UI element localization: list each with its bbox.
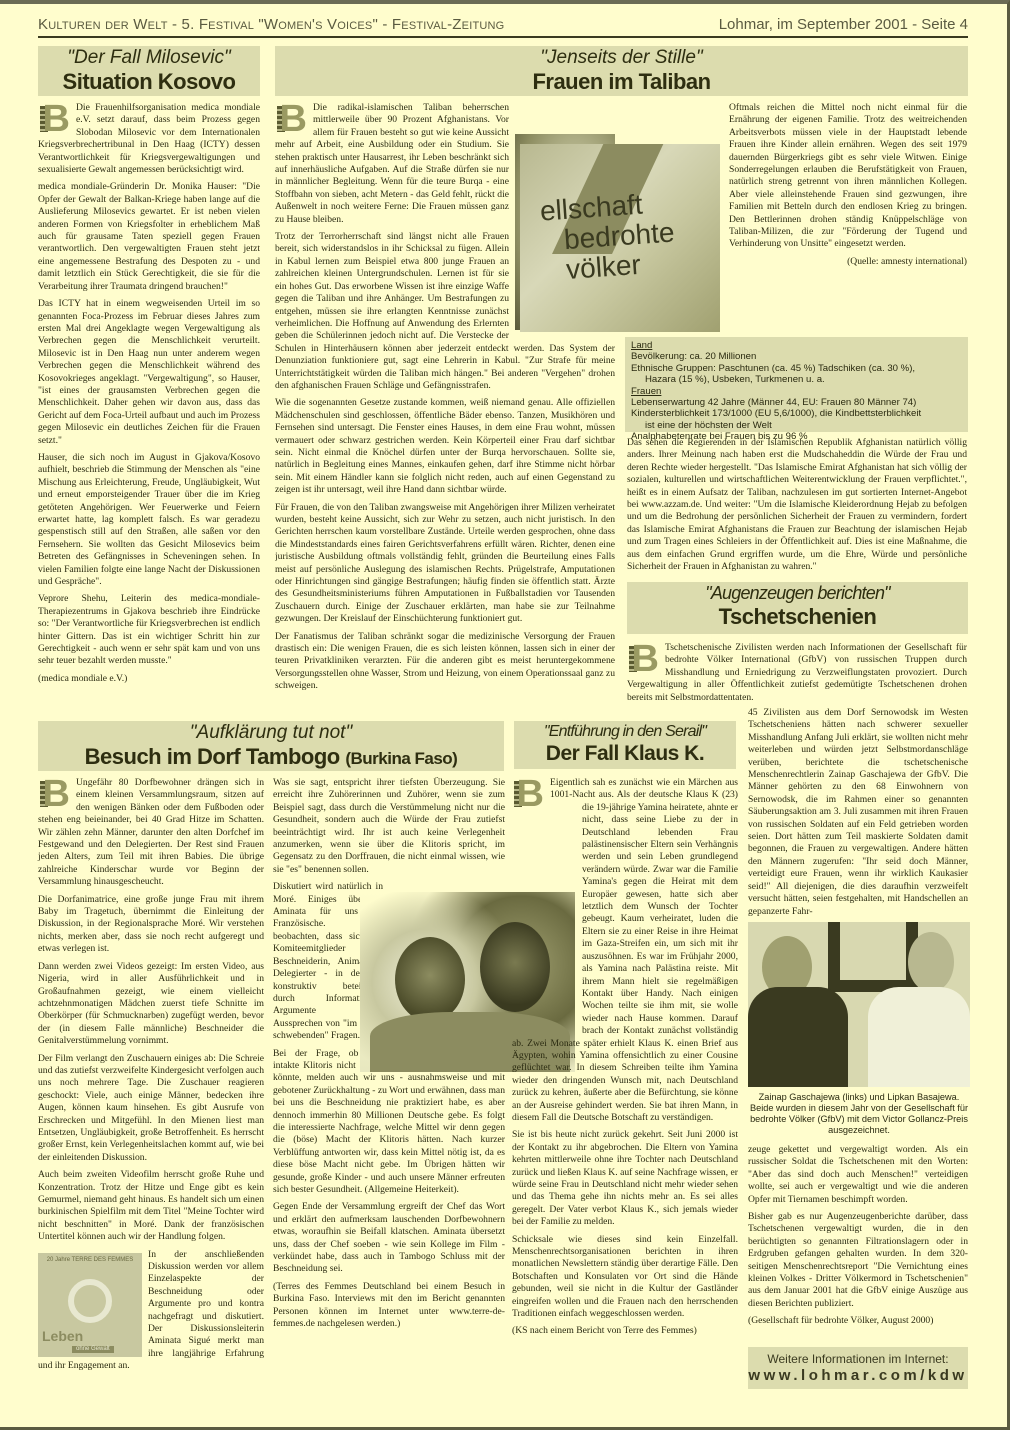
tschetschenien-paragraph: 45 Zivilisten aus dem Dorf Sernowodsk im… xyxy=(748,707,968,918)
tambogo-paragraph: (Terres des Femmes Deutschland bei einem… xyxy=(273,1281,505,1331)
tambogo-paragraph: 20 Jahre TERRE DES FEMMES Leben ohne Gew… xyxy=(38,1249,264,1373)
kosovo-paragraph: medica mondiale-Gründerin Dr. Monika Hau… xyxy=(38,181,260,293)
tambogo-kicker: "Aufklärung tut not" xyxy=(38,721,504,744)
newspaper-page: Kulturen der Welt - 5. Festival "Women's… xyxy=(0,0,1010,1430)
photo-caption: Zainap Gaschajewa (links) und Lipkan Bas… xyxy=(748,1092,970,1136)
klaus-paragraph: Sie ist bis heute nicht zurück gekehrt. … xyxy=(512,1129,738,1228)
taliban-paragraph: Der Fanatismus der Taliban schränkt soga… xyxy=(275,631,615,693)
factbox-population: Bevölkerung: ca. 20 Millionen xyxy=(631,351,962,362)
factbox-land-heading: Land xyxy=(631,340,962,351)
tambogo-title: Besuch im Dorf Tambogo (Burkina Faso) xyxy=(38,744,504,771)
taliban-article-col2: Oftmals reichen die Mittel noch nicht ei… xyxy=(627,102,967,292)
klaus-paragraph: Schicksale wie dieses sind kein Einzelfa… xyxy=(512,1234,738,1321)
kosovo-headline-box: "Der Fall Milosevic" Situation Kosovo xyxy=(38,46,260,96)
tschetschenien-source: (Gesellschaft für bedrohte Völker, Augus… xyxy=(748,1315,968,1327)
internet-info-box: Weitere Informationen im Internet: www.l… xyxy=(748,1347,968,1389)
kosovo-paragraph: Das ICTY hat in einem wegweisenden Urtei… xyxy=(38,298,260,447)
taliban-paragraph: Für Frauen, die von den Taliban zwangswe… xyxy=(275,502,615,626)
tdf-poster-image: 20 Jahre TERRE DES FEMMES Leben ohne Gew… xyxy=(38,1253,142,1357)
tschetschenien-article-body-2: zeuge gekettet und vergewaltigt worden. … xyxy=(748,1144,968,1333)
tambogo-paragraph: Auch beim zweiten Videofilm herrscht gro… xyxy=(38,1169,264,1243)
factbox-ethnic-cont: Hazara (15 %), Usbeken, Turkmenen u. a. xyxy=(631,374,962,385)
tschetschenien-article-body: 45 Zivilisten aus dem Dorf Sernowodsk im… xyxy=(748,707,968,923)
klaus-paragraph: B Eigentlich sah es zunächst wie ein Mär… xyxy=(512,777,738,1124)
klaus-source: (KS nach einem Bericht von Terre des Fem… xyxy=(512,1325,738,1337)
tschetschenien-title: Tschetschenien xyxy=(627,604,968,630)
taliban-kicker: "Jenseits der Stille" xyxy=(275,46,968,69)
tambogo-paragraph: Die Dorfanimatrice, eine große junge Fra… xyxy=(38,894,264,956)
taliban-title: Frauen im Taliban xyxy=(275,69,968,94)
tschetschenien-lead: B Tschetschenische Zivilisten werden nac… xyxy=(627,642,967,709)
taliban-headline-box: "Jenseits der Stille" Frauen im Taliban xyxy=(275,46,968,96)
tambogo-paragraph: Was sie sagt, entspricht ihrer tiefsten … xyxy=(273,777,505,876)
tschetschenien-headline-box: "Augenzeugen berichten" Tschetschenien xyxy=(627,582,968,634)
internet-url-link[interactable]: www.lohmar.com/kdw xyxy=(748,1367,968,1385)
dropcap-b-icon: B xyxy=(40,779,70,811)
kosovo-title: Situation Kosovo xyxy=(38,69,260,94)
tambogo-headline-box: "Aufklärung tut not" Besuch im Dorf Tamb… xyxy=(38,721,504,771)
factbox-ethnic: Ethnische Gruppen: Paschtunen (ca. 45 %)… xyxy=(631,363,962,374)
klaus-kicker: "Entführung in den Serail" xyxy=(514,721,736,742)
factbox-child-mortality: Kindersterblichkeit 173/1000 (EU 5,6/100… xyxy=(631,408,962,419)
tambogo-paragraph: Gegen Ende der Versammlung ergreift der … xyxy=(273,1201,505,1275)
factbox-life-expectancy: Lebenserwartung 42 Jahre (Männer 44, EU:… xyxy=(631,397,962,408)
kosovo-source: (medica mondiale e.V.) xyxy=(38,673,260,685)
tambogo-paragraph: Der Film verlangt den Zuschauern einiges… xyxy=(38,1053,264,1165)
tschetschenien-paragraph: zeuge gekettet und vergewaltigt worden. … xyxy=(748,1144,968,1206)
dropcap-b-icon: B xyxy=(277,104,307,136)
kosovo-article-body: B Die Frauenhilfsorganisation medica mon… xyxy=(38,102,260,714)
kosovo-paragraph: Hauser, die sich noch im August in Gjako… xyxy=(38,452,260,588)
klaus-article-body: B Eigentlich sah es zunächst wie ein Mär… xyxy=(512,777,738,1343)
kosovo-paragraph: Veprore Shehu, Leiterin des medica-mondi… xyxy=(38,593,260,667)
klaus-headline-box: "Entführung in den Serail" Der Fall Klau… xyxy=(514,721,736,769)
kosovo-paragraph: B Die Frauenhilfsorganisation medica mon… xyxy=(38,102,260,176)
tschetschenien-paragraph: Bisher gab es nur Augenzeugenberichte da… xyxy=(748,1211,968,1310)
factbox-women-heading: Frauen xyxy=(631,386,962,397)
afghanistan-factbox: Land Bevölkerung: ca. 20 Millionen Ethni… xyxy=(625,337,968,432)
dropcap-b-icon: B xyxy=(629,644,659,676)
tambogo-paragraph: Dann werden zwei Videos gezeigt: Im erst… xyxy=(38,961,264,1048)
kosovo-kicker: "Der Fall Milosevic" xyxy=(38,46,260,69)
masthead-title: Kulturen der Welt - 5. Festival "Women's… xyxy=(38,16,504,33)
klaus-title: Der Fall Klaus K. xyxy=(514,742,736,766)
gaschajewa-basajewa-photo xyxy=(748,922,970,1087)
masthead: Kulturen der Welt - 5. Festival "Women's… xyxy=(38,14,968,38)
internet-info-label: Weitere Informationen im Internet: xyxy=(748,1347,968,1367)
tambogo-article-col1: B Ungefähr 80 Dorfbewohner drängen sich … xyxy=(38,777,264,1378)
factbox-child-mortality-cont: ist eine der höchsten der Welt xyxy=(631,420,962,431)
taliban-article-col2-bottom: Das sehen die Regierenden in der Islamis… xyxy=(627,437,967,578)
dropcap-b-icon: B xyxy=(514,779,544,811)
taliban-paragraph: Das sehen die Regierenden in der Islamis… xyxy=(627,437,967,573)
masthead-date-page: Lohmar, im September 2001 - Seite 4 xyxy=(719,16,968,33)
tschetschenien-kicker: "Augenzeugen berichten" xyxy=(627,582,968,604)
dropcap-b-icon: B xyxy=(40,104,70,136)
taliban-paragraph: Wie die sogenannten Gesetze zustande kom… xyxy=(275,397,615,496)
